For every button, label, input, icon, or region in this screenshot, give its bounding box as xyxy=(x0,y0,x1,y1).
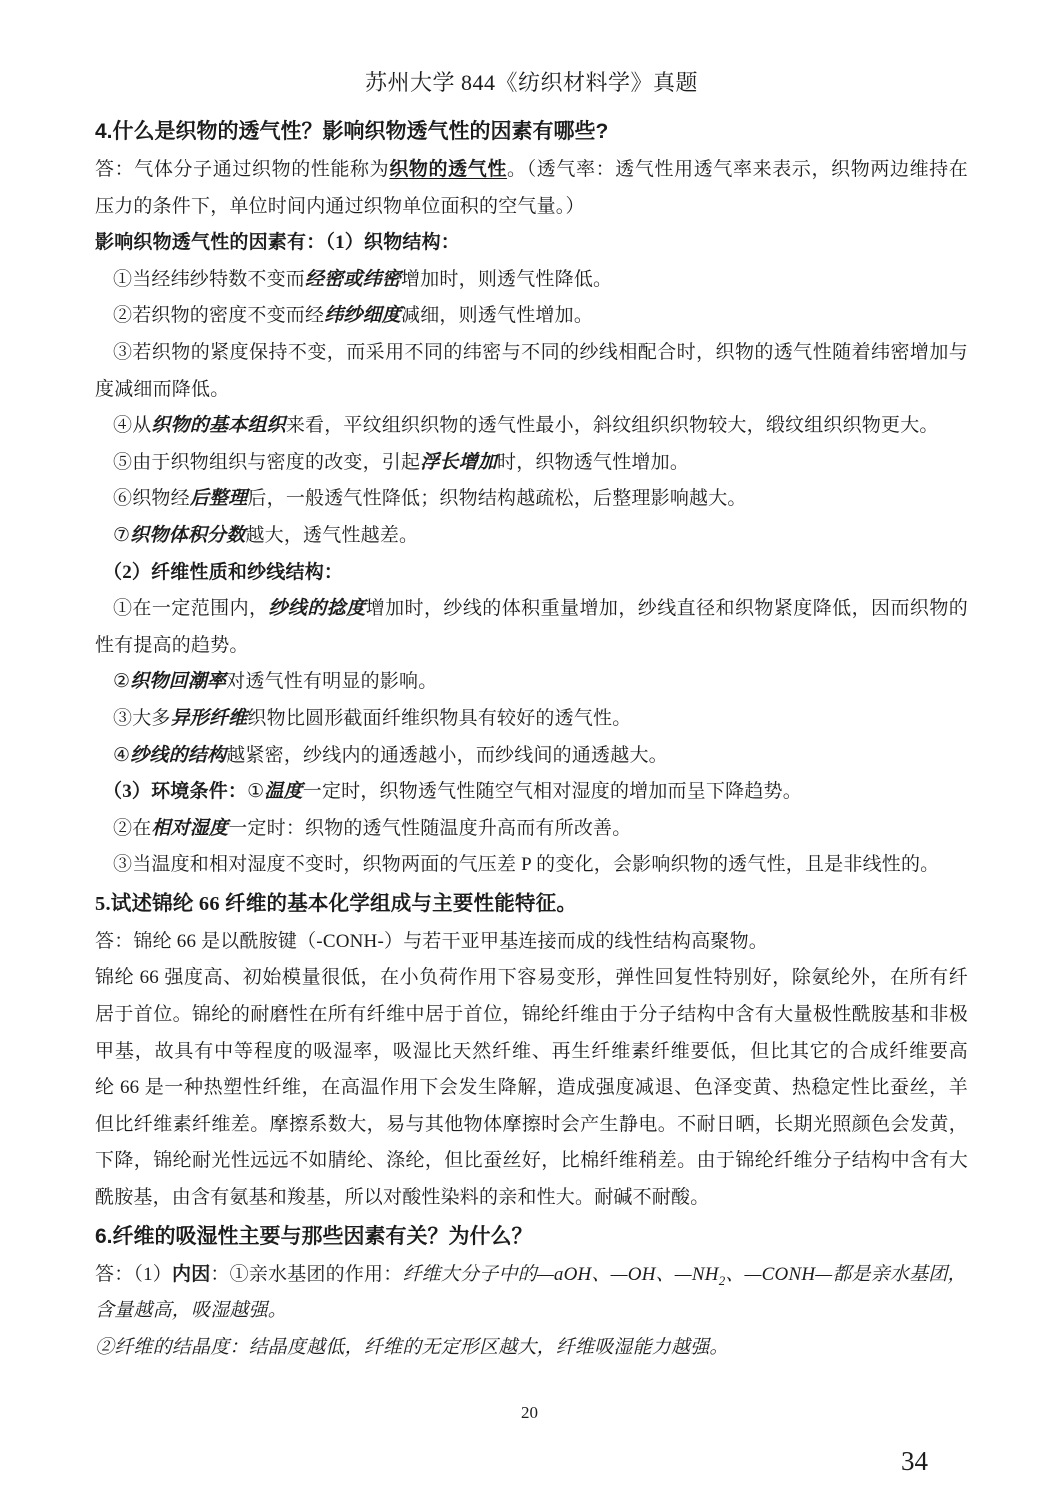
answer-6-line: ②纤维的结晶度：结晶度越低，纤维的无定形区越大，纤维吸湿能力越强。 xyxy=(95,1330,968,1367)
text-segment: 答：（1） xyxy=(95,1264,172,1285)
item-3-cont: 度减细而降低。 xyxy=(95,372,968,409)
text-segment: 答：气体分子通过织物的性能称为 xyxy=(95,159,389,180)
text-segment: 后整理 xyxy=(190,488,248,509)
text-segment: 相对湿度 xyxy=(151,818,228,839)
item-5: ⑤由于织物组织与密度的改变，引起浮长增加时，织物透气性增加。 xyxy=(95,445,968,482)
text-segment: ③大多 xyxy=(113,708,171,729)
text-segment: 来看，平纹组织织物的透气性最小，斜纹组织织物较大，缎纹组织织物更大。 xyxy=(286,415,939,436)
answer-5-para: 酰胺基，由含有氨基和羧基，所以对酸性染料的亲和性大。耐碱不耐酸。 xyxy=(95,1180,968,1217)
text-segment: 一定时：织物的透气性随温度升高而有所改善。 xyxy=(228,818,631,839)
text-segment: ①在一定范围内， xyxy=(113,598,269,619)
text-segment: 度减细而降低。 xyxy=(95,379,229,400)
text-segment: 织物的基本组织 xyxy=(151,415,285,436)
item-4: ④从织物的基本组织来看，平纹组织织物的透气性最小，斜纹组织织物较大，缎纹组织织物… xyxy=(95,408,968,445)
text-segment: 纱线的结构 xyxy=(130,745,226,766)
text-segment: 性有提高的趋势。 xyxy=(95,635,249,656)
answer-6-line: 含量越高，吸湿越强。 xyxy=(95,1293,968,1330)
text-segment: ：①亲水基团的作用： xyxy=(210,1264,402,1285)
text-segment: 下降，锦纶耐光性远远不如腈纶、涤纶，但比蚕丝好，比棉纤维稍差。由于锦纶纤维分子结… xyxy=(95,1150,968,1180)
text-segment: ①当经纬纱特数不变而 xyxy=(113,269,305,290)
text-segment: 居于首位。锦纶的耐磨性在所有纤维中居于首位，锦纶纤维由于分子结构中含有大量极性酰… xyxy=(95,1004,968,1034)
text-segment: 5.试述锦纶 66 纤维的基本化学组成与主要性能特征。 xyxy=(95,893,577,915)
text-segment: 、—CONH—都是亲水基团， xyxy=(725,1264,966,1285)
text-segment: 织物的透气性 xyxy=(389,159,507,180)
answer-5-para: 居于首位。锦纶的耐磨性在所有纤维中居于首位，锦纶纤维由于分子结构中含有大量极性酰… xyxy=(95,997,968,1034)
text-segment: 一定时，织物透气性随空气相对湿度的增加而呈下降趋势。 xyxy=(303,781,802,802)
text-segment: 压力的条件下，单位时间内通过织物单位面积的空气量。） xyxy=(95,196,585,217)
item-2-3: ③大多异形纤维织物比圆形截面纤维织物具有较好的透气性。 xyxy=(95,701,968,738)
answer-6-line: 答：（1）内因：①亲水基团的作用：纤维大分子中的—aOH、—OH、—NH2、—C… xyxy=(95,1257,968,1294)
text-segment: 内因 xyxy=(172,1264,210,1285)
text-segment: （3）环境条件： xyxy=(103,781,247,802)
text-segment: 越紧密，纱线内的通透越小，而纱线间的通透越大。 xyxy=(226,745,668,766)
text-segment: ② xyxy=(113,671,130,692)
text-segment: 4.什么是织物的透气性？影响织物透气性的因素有哪些? xyxy=(95,120,608,143)
answer-5-para: 甲基，故具有中等程度的吸湿率，吸湿比天然纤维、再生纤维素纤维要低，但比其它的合成… xyxy=(95,1034,968,1071)
answer-4-line: 压力的条件下，单位时间内通过织物单位面积的空气量。） xyxy=(95,189,968,226)
text-segment: 增加时，则透气性降低。 xyxy=(401,269,612,290)
document-title: 苏州大学 844《纺织材料学》真题 xyxy=(95,66,968,100)
text-segment: ③当温度和相对湿度不变时，织物两面的气压差 P 的变化，会影响织物的透气性，且是… xyxy=(113,854,939,875)
text-segment: 影响织物透气性的因素有：（1）织物结构： xyxy=(95,232,460,253)
document-content: 苏州大学 844《纺织材料学》真题 4.什么是织物的透气性？影响织物透气性的因素… xyxy=(95,66,968,1366)
text-segment: ②若织物的密度不变而经 xyxy=(113,305,324,326)
text-segment: 减细，则透气性增加。 xyxy=(401,305,593,326)
item-1: ①当经纬纱特数不变而经密或纬密增加时，则透气性降低。 xyxy=(95,262,968,299)
text-segment: ④ xyxy=(113,745,130,766)
text-segment: 纱线的捻度 xyxy=(269,598,366,619)
item-2: ②若织物的密度不变而经纬纱细度减细，则透气性增加。 xyxy=(95,298,968,335)
answer-5-para: 但比纤维素纤维差。摩擦系数大，易与其他物体摩擦时会产生静电。不耐日晒，长期光照颜… xyxy=(95,1107,968,1144)
text-segment: 浮长增加 xyxy=(420,452,497,473)
page-number: 20 xyxy=(0,1403,1059,1423)
text-segment: 答：锦纶 66 是以酰胺键（-CONH-）与若干亚甲基连接而成的线性结构高聚物。 xyxy=(95,931,768,952)
section-3-header: （3）环境条件：①温度一定时，织物透气性随空气相对湿度的增加而呈下降趋势。 xyxy=(95,774,968,811)
text-segment: 后，一般透气性降低；织物结构越疏松，后整理影响越大。 xyxy=(247,488,746,509)
text-segment: 温度 xyxy=(264,781,302,802)
item-2-1: ①在一定范围内，纱线的捻度增加时，纱线的体积重量增加，纱线直径和织物紧度降低，因… xyxy=(95,591,968,628)
item-2-1-cont: 性有提高的趋势。 xyxy=(95,628,968,665)
text-segment: 含量越高，吸湿越强。 xyxy=(95,1300,287,1321)
text-segment: 酰胺基，由含有氨基和羧基，所以对酸性染料的亲和性大。耐碱不耐酸。 xyxy=(95,1187,709,1208)
text-segment: 织物比圆形截面纤维织物具有较好的透气性。 xyxy=(247,708,631,729)
section-2-header: （2）纤维性质和纱线结构： xyxy=(95,555,968,592)
item-3: ③若织物的紧度保持不变，而采用不同的纬密与不同的纱线相配合时，织物的透气性随着纬… xyxy=(95,335,968,372)
answer-4-line: 答：气体分子通过织物的性能称为织物的透气性。（透气率：透气性用透气率来表示，织物… xyxy=(95,152,968,189)
corner-page-number: 34 xyxy=(901,1446,928,1477)
text-segment: ⑤由于织物组织与密度的改变，引起 xyxy=(113,452,420,473)
question-4-heading: 4.什么是织物的透气性？影响织物透气性的因素有哪些? xyxy=(95,112,968,152)
text-segment: 织物体积分数 xyxy=(130,525,245,546)
item-2-4: ④纱线的结构越紧密，纱线内的通透越小，而纱线间的通透越大。 xyxy=(95,738,968,775)
factors-header: 影响织物透气性的因素有：（1）织物结构： xyxy=(95,225,968,262)
question-5-heading: 5.试述锦纶 66 纤维的基本化学组成与主要性能特征。 xyxy=(95,884,968,924)
answer-5-para: 纶 66 是一种热塑性纤维，在高温作用下会发生降解，造成强度减退、色泽变黄、热稳… xyxy=(95,1070,968,1107)
text-segment: ① xyxy=(247,781,264,802)
text-segment: 锦纶 66 强度高、初始模量很低，在小负荷作用下容易变形，弹性回复性特别好，除氨… xyxy=(95,967,968,997)
question-6-heading: 6.纤维的吸湿性主要与那些因素有关？为什么？ xyxy=(95,1217,968,1257)
item-2-2: ②织物回潮率对透气性有明显的影响。 xyxy=(95,664,968,701)
text-segment: ⑦ xyxy=(113,525,130,546)
text-segment: 6.纤维的吸湿性主要与那些因素有关？为什么？ xyxy=(95,1225,533,1248)
text-segment: ③若织物的紧度保持不变，而采用不同的纬密与不同的纱线相配合时，织物的透气性随着纬… xyxy=(113,342,968,372)
text-segment: 但比纤维素纤维差。摩擦系数大，易与其他物体摩擦时会产生静电。不耐日晒，长期光照颜… xyxy=(95,1114,968,1144)
text-segment: 对透气性有明显的影响。 xyxy=(226,671,437,692)
answer-5-line: 答：锦纶 66 是以酰胺键（-CONH-）与若干亚甲基连接而成的线性结构高聚物。 xyxy=(95,924,968,961)
text-segment: 纶 66 是一种热塑性纤维，在高温作用下会发生降解，造成强度减退、色泽变黄、热稳… xyxy=(95,1077,968,1107)
text-segment: 经密或纬密 xyxy=(305,269,401,290)
document-page: 苏州大学 844《纺织材料学》真题 4.什么是织物的透气性？影响织物透气性的因素… xyxy=(0,0,1059,1497)
item-3-3: ③当温度和相对湿度不变时，织物两面的气压差 P 的变化，会影响织物的透气性，且是… xyxy=(95,847,968,884)
document-body: 4.什么是织物的透气性？影响织物透气性的因素有哪些?答：气体分子通过织物的性能称… xyxy=(95,112,968,1366)
text-segment: 织物回潮率 xyxy=(130,671,226,692)
answer-5-para: 锦纶 66 强度高、初始模量很低，在小负荷作用下容易变形，弹性回复性特别好，除氨… xyxy=(95,960,968,997)
item-3-2: ②在相对湿度一定时：织物的透气性随温度升高而有所改善。 xyxy=(95,811,968,848)
text-segment: ④从 xyxy=(113,415,151,436)
text-segment: ②纤维的结晶度：结晶度越低，纤维的无定形区越大，纤维吸湿能力越强。 xyxy=(95,1337,729,1358)
text-segment: 纬纱细度 xyxy=(324,305,401,326)
item-6: ⑥织物经后整理后，一般透气性降低；织物结构越疏松，后整理影响越大。 xyxy=(95,481,968,518)
answer-5-para: 下降，锦纶耐光性远远不如腈纶、涤纶，但比蚕丝好，比棉纤维稍差。由于锦纶纤维分子结… xyxy=(95,1143,968,1180)
text-segment: 异形纤维 xyxy=(171,708,248,729)
text-segment: 甲基，故具有中等程度的吸湿率，吸湿比天然纤维、再生纤维素纤维要低，但比其它的合成… xyxy=(95,1041,968,1071)
text-segment: 越大，透气性越差。 xyxy=(245,525,418,546)
text-segment: ⑥织物经 xyxy=(113,488,190,509)
text-segment: ②在 xyxy=(113,818,151,839)
item-7: ⑦织物体积分数越大，透气性越差。 xyxy=(95,518,968,555)
text-segment: （2）纤维性质和纱线结构： xyxy=(103,562,343,583)
text-segment: 时，织物透气性增加。 xyxy=(497,452,689,473)
text-segment: 纤维大分子中的—aOH、—OH、—NH xyxy=(402,1264,718,1285)
